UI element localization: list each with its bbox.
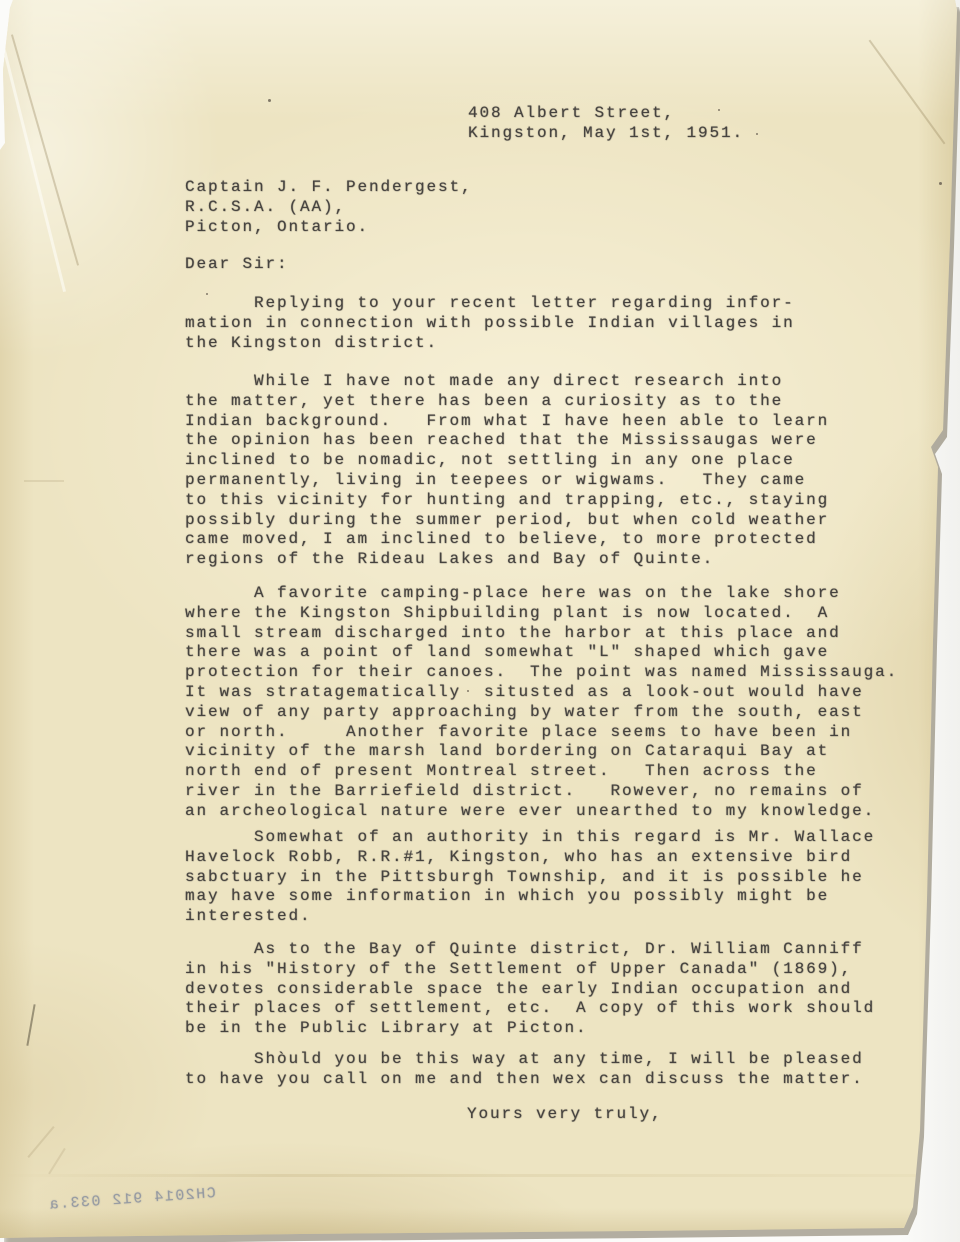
salutation: Dear Sir: xyxy=(185,255,289,275)
ink-speck-4 xyxy=(939,182,942,185)
sender-address-date: 408 Albert Street, Kingston, May 1st, 19… xyxy=(468,104,744,144)
paragraph-5: As to the Bay of Quinte district, Dr. Wi… xyxy=(185,940,875,1039)
left-edge-hairline xyxy=(26,1004,35,1046)
paragraph-6: Shòuld you be this way at any time, I wi… xyxy=(185,1050,864,1090)
recipient-address: Captain J. F. Pendergest, R.C.S.A. (AA),… xyxy=(185,178,473,237)
paragraph-2: While I have not made any direct researc… xyxy=(185,372,829,570)
top-left-fold-shadow xyxy=(11,34,79,265)
paragraph-3: A favorite camping-place here was on the… xyxy=(185,584,898,822)
bottom-left-scratch-1 xyxy=(27,1126,54,1158)
ink-speck-3 xyxy=(756,133,758,135)
bottom-left-scratch-2 xyxy=(48,1148,65,1174)
bottom-crease-band xyxy=(0,1174,930,1177)
top-right-crease xyxy=(869,40,946,145)
paragraph-4: Somewhat of an authority in this regard … xyxy=(185,828,875,927)
closing-line: Yours very truly, xyxy=(467,1105,663,1125)
ink-speck-1 xyxy=(268,99,271,102)
paragraph-1: Replying to your recent letter regarding… xyxy=(185,294,795,353)
archival-accession-mark-mirrored: CH2014 912 033.a xyxy=(16,1185,217,1216)
top-left-fold-crease xyxy=(0,10,66,292)
scanned-letter-page: 408 Albert Street, Kingston, May 1st, 19… xyxy=(0,0,960,1242)
left-mid-crease xyxy=(24,480,64,482)
letter-paper: 408 Albert Street, Kingston, May 1st, 19… xyxy=(0,0,960,1242)
